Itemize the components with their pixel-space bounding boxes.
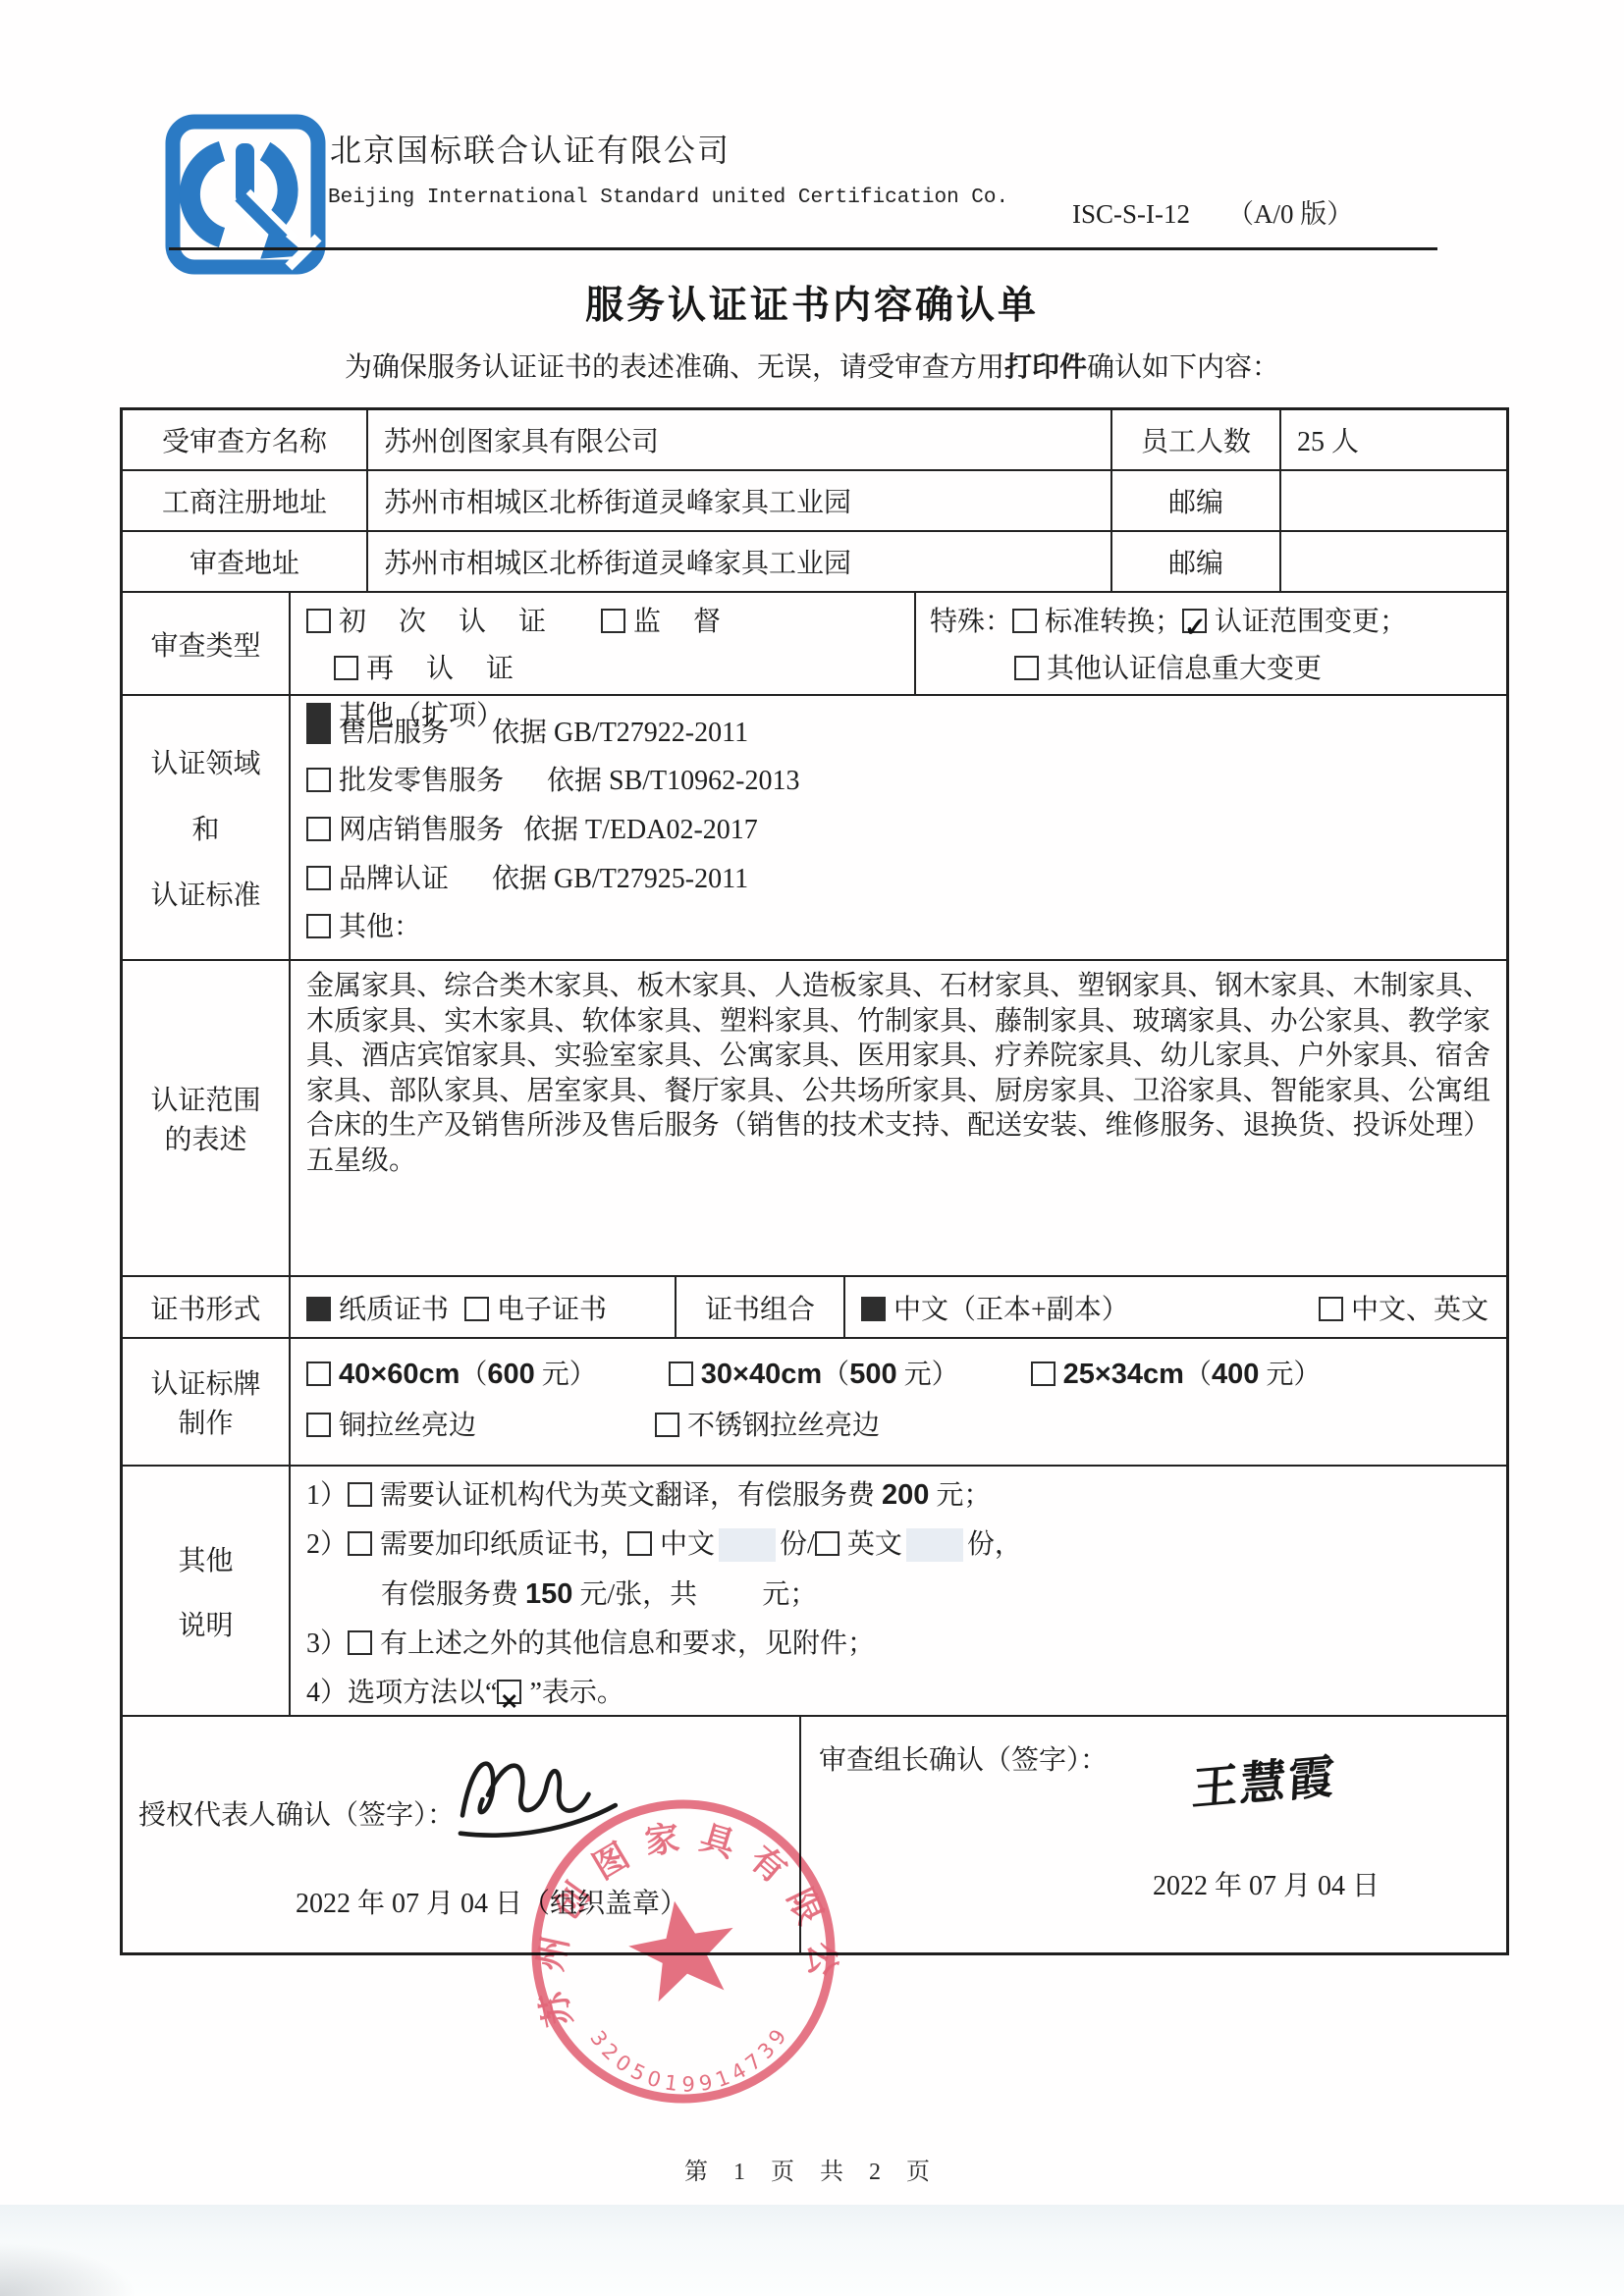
audit-type-line1: 初 次 认 证 监 督 再 认 证: [306, 599, 914, 693]
table-row-cert-form: 证书形式 纸质证书 电子证书 证书组合 中文（正本+副本） 中文、英文: [123, 1277, 1506, 1339]
special-label: 特殊：: [930, 607, 1012, 637]
option-scope-change: 认证范围变更；: [1182, 607, 1407, 637]
checkbox-standard-transfer[interactable]: [1012, 609, 1037, 633]
other-notes-lines: 1）需要认证机构代为英文翻译，有偿服务费 200 元； 2）需要加印纸质证书，中…: [291, 1467, 1506, 1715]
seal-star-icon: [623, 1892, 743, 2004]
checkbox-plaque-25x34[interactable]: [1031, 1362, 1056, 1386]
plaque-label: 认证标牌 制作: [123, 1339, 291, 1465]
audit-leader-signature[interactable]: 王慧霞: [1191, 1739, 1338, 1818]
checkbox-plaque-30x40[interactable]: [669, 1362, 693, 1386]
plaque-size-line: 40×60cm（600 元） 30×40cm（500 元） 25×34cm（40…: [306, 1349, 1506, 1401]
checkbox-other-field[interactable]: [306, 914, 331, 938]
table-row-audit-type: 审查类型 初 次 认 证 监 督 再 认 证 其他（扩项） 特殊：标准转换；认证…: [123, 593, 1506, 696]
option-electronic-cert: 电子证书: [464, 1288, 607, 1327]
audit-leader-date: 2022 年 07 月 04 日: [1153, 1864, 1380, 1903]
intro-post: 确认如下内容：: [1087, 352, 1279, 383]
cert-field-item: 售后服务依据 GB/T27922-2011: [306, 711, 1506, 750]
form-title: 服务认证证书内容确认单: [0, 275, 1624, 330]
checkbox-surveillance[interactable]: [601, 609, 625, 633]
zip-value[interactable]: [1281, 471, 1506, 530]
intro-sentence: 为确保服务认证证书的表述准确、无误，请受审查方用打印件确认如下内容：: [0, 346, 1624, 385]
table-row-cert-field: 认证领域 和 认证标准 售后服务依据 GB/T27922-2011 批发零售服务…: [123, 696, 1506, 961]
checkbox-stainless-edge[interactable]: [655, 1413, 679, 1437]
copies-count-field-cn[interactable]: [719, 1528, 776, 1562]
audit-leader-cell: 审查组长确认（签字）： 王慧霞 2022 年 07 月 04 日: [801, 1717, 1506, 1952]
checkbox-copper-edge[interactable]: [306, 1413, 331, 1437]
option-copper-edge: 铜拉丝亮边: [306, 1411, 476, 1441]
checkbox-note2-chinese[interactable]: [627, 1531, 652, 1556]
company-name-chinese: 北京国标联合认证有限公司: [330, 126, 731, 171]
audit-address-label: 审查地址: [123, 532, 368, 591]
doc-version: （A/0 版）: [1227, 199, 1353, 229]
option-standard-transfer: 标准转换；: [1012, 607, 1182, 637]
document-code: ISC-S-I-12（A/0 版）: [1072, 192, 1353, 231]
option-plaque-25x34: 25×34cm（400 元）: [1031, 1360, 1322, 1390]
doc-code-value: ISC-S-I-12: [1072, 199, 1190, 229]
cert-form-label: 证书形式: [123, 1277, 291, 1337]
checkbox-electronic-cert[interactable]: [464, 1297, 489, 1321]
checkbox-after-sale-service[interactable]: [306, 720, 331, 744]
checkbox-online-store[interactable]: [306, 817, 331, 841]
svg-text:3205019914739: 3205019914739: [583, 1994, 801, 2113]
cert-field-label: 认证领域 和 认证标准: [123, 696, 291, 959]
checkbox-paper-cert[interactable]: [306, 1297, 331, 1321]
plaque-options: 40×60cm（600 元） 30×40cm（500 元） 25×34cm（40…: [291, 1339, 1506, 1465]
checkbox-x-sample-icon: [497, 1680, 521, 1704]
scope-description: 金属家具、综合类木家具、板木家具、人造板家具、石材家具、塑钢家具、钢木家具、木制…: [291, 961, 1506, 1275]
zip-value-2[interactable]: [1281, 532, 1506, 591]
company-name-english: Beijing International Standard united Ce…: [328, 187, 1008, 209]
checkbox-chinese-combo[interactable]: [861, 1297, 886, 1321]
checkbox-recert[interactable]: [334, 656, 358, 680]
special-line1: 特殊：标准转换；认证范围变更；: [930, 599, 1506, 646]
authorized-representative-label: 授权代表人确认（签字）：: [138, 1793, 455, 1833]
option-chinese-combo: 中文（正本+副本）: [861, 1288, 1129, 1327]
option-recert: 再 认 证: [334, 654, 526, 684]
audit-address-value: 苏州市相城区北桥街道灵峰家具工业园: [368, 532, 1112, 591]
staff-count-value: 25 人: [1281, 410, 1506, 469]
note-line-1: 1）需要认证机构代为英文翻译，有偿服务费 200 元；: [306, 1470, 1506, 1521]
checkbox-note1-translation[interactable]: [348, 1482, 372, 1507]
checkbox-cn-en-combo[interactable]: [1319, 1297, 1343, 1321]
option-stainless-edge: 不锈钢拉丝亮边: [655, 1411, 880, 1441]
table-row-other-notes: 其他 说明 1）需要认证机构代为英文翻译，有偿服务费 200 元； 2）需要加印…: [123, 1467, 1506, 1717]
intro-emphasis: 打印件: [1004, 352, 1087, 383]
checkbox-wholesale-retail[interactable]: [306, 768, 331, 792]
audit-type-label: 审查类型: [123, 593, 291, 694]
checkbox-note2-english[interactable]: [815, 1531, 839, 1556]
note-line-4: 3）有上述之外的其他信息和要求，见附件；: [306, 1620, 1506, 1669]
cert-combo-options: 中文（正本+副本） 中文、英文: [845, 1277, 1506, 1337]
header-divider: [169, 247, 1437, 250]
company-name-value: 苏州创图家具有限公司: [368, 410, 1112, 469]
table-row-company: 受审查方名称 苏州创图家具有限公司 员工人数 25 人: [123, 410, 1506, 471]
confirmation-table: 受审查方名称 苏州创图家具有限公司 员工人数 25 人 工商注册地址 苏州市相城…: [120, 407, 1509, 1955]
company-seal-stamp: 苏州创图家具有限公司 3205019914739: [481, 1749, 886, 2154]
special-line2: 其他认证信息重大变更: [930, 646, 1506, 693]
cert-field-items: 售后服务依据 GB/T27922-2011 批发零售服务依据 SB/T10962…: [291, 696, 1506, 959]
table-row-registered-address: 工商注册地址 苏州市相城区北桥街道灵峰家具工业园 邮编: [123, 471, 1506, 532]
audit-leader-label: 审查组长确认（签字）：: [819, 1738, 1108, 1778]
audit-type-options: 初 次 认 证 监 督 再 认 证 其他（扩项）: [291, 593, 916, 694]
table-row-plaque: 认证标牌 制作 40×60cm（600 元） 30×40cm（500 元） 25…: [123, 1339, 1506, 1467]
cert-field-item: 网店销售服务依据 T/EDA02-2017: [306, 808, 1506, 847]
option-plaque-40x60: 40×60cm（600 元）: [306, 1360, 597, 1390]
option-initial-cert: 初 次 认 证: [306, 607, 559, 637]
checkbox-brand-cert[interactable]: [306, 866, 331, 890]
scan-edge-artifact: [0, 2205, 1624, 2296]
note-line-5: 4）选项方法以“”表示。: [306, 1669, 1506, 1718]
checkbox-major-change[interactable]: [1014, 656, 1039, 680]
checkbox-plaque-40x60[interactable]: [306, 1362, 331, 1386]
plaque-finish-line: 铜拉丝亮边 不锈钢拉丝亮边: [306, 1401, 1506, 1452]
zip-label: 邮编: [1112, 471, 1281, 530]
intro-pre: 为确保服务认证证书的表述准确、无误，请受审查方用: [345, 352, 1004, 383]
cert-combo-label: 证书组合: [677, 1277, 845, 1337]
option-major-change: 其他认证信息重大变更: [1014, 654, 1322, 684]
registered-address-label: 工商注册地址: [123, 471, 368, 530]
table-row-audit-address: 审查地址 苏州市相城区北桥街道灵峰家具工业园 邮编: [123, 532, 1506, 593]
certification-company-logo-icon: [163, 114, 328, 277]
scope-label: 认证范围 的表述: [123, 961, 291, 1275]
company-name-label: 受审查方名称: [123, 410, 368, 469]
note-line-2: 2）需要加印纸质证书，中文份/英文份，: [306, 1521, 1506, 1570]
cert-field-item: 批发零售服务依据 SB/T10962-2013: [306, 759, 1506, 798]
checkbox-initial-cert[interactable]: [306, 609, 331, 633]
note-line-3: 有偿服务费 150 元/张，共元；: [306, 1570, 1506, 1620]
option-plaque-30x40: 30×40cm（500 元）: [669, 1360, 959, 1390]
table-row-scope: 认证范围 的表述 金属家具、综合类木家具、板木家具、人造板家具、石材家具、塑钢家…: [123, 961, 1506, 1277]
page-number: 第 1 页 共 2 页: [0, 2152, 1624, 2186]
other-notes-label: 其他 说明: [123, 1467, 291, 1715]
cert-form-options: 纸质证书 电子证书: [291, 1277, 677, 1337]
staff-count-label: 员工人数: [1112, 410, 1281, 469]
audit-type-special: 特殊：标准转换；认证范围变更； 其他认证信息重大变更: [916, 593, 1506, 694]
cert-field-item: 其他：: [306, 905, 1506, 944]
checkbox-note2-extra-copies[interactable]: [348, 1531, 372, 1556]
copies-count-field-en[interactable]: [906, 1528, 963, 1562]
option-paper-cert: 纸质证书: [306, 1288, 449, 1327]
checkbox-scope-change[interactable]: [1182, 609, 1207, 633]
cert-field-item: 品牌认证依据 GB/T27925-2011: [306, 857, 1506, 896]
zip-label-2: 邮编: [1112, 532, 1281, 591]
checkbox-note3-other-info[interactable]: [348, 1630, 372, 1655]
scan-corner-smudge: [0, 2238, 147, 2296]
document-page: 北京国标联合认证有限公司 Beijing International Stand…: [0, 0, 1624, 2296]
option-surveillance: 监 督: [601, 607, 733, 637]
option-cn-en-combo: 中文、英文: [1319, 1288, 1489, 1327]
registered-address-value: 苏州市相城区北桥街道灵峰家具工业园: [368, 471, 1112, 530]
